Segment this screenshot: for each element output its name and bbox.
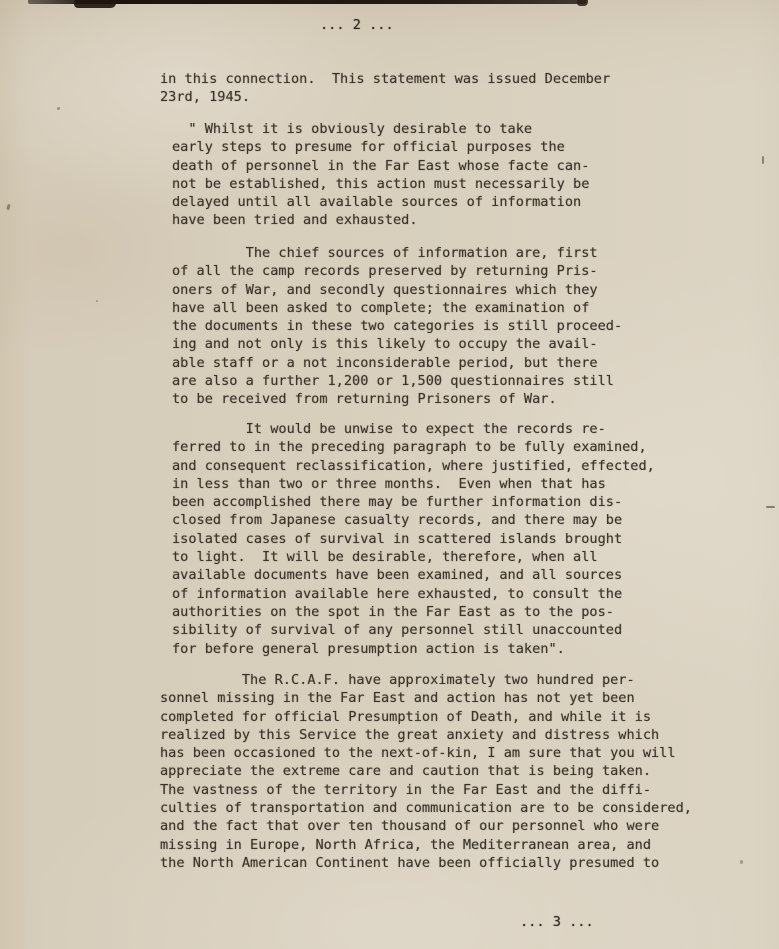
paper-speck: [762, 156, 764, 164]
scan-artifact-nub: [577, 0, 588, 6]
scan-artifact-blob: [74, 0, 116, 8]
paragraph-intro: in this connection. This statement was i…: [160, 70, 610, 107]
paragraph-quote-3: It would be unwise to expect the records…: [172, 420, 655, 658]
paper-speck: [96, 300, 98, 302]
paper-speck: [766, 506, 775, 508]
paragraph-quote-2: The chief sources of information are, fi…: [172, 244, 622, 409]
document-page: ... 2 ... in this connection. This state…: [0, 0, 779, 949]
paper-speck: [57, 107, 60, 110]
page-number-header: ... 2 ...: [320, 16, 394, 34]
page-number-footer: ... 3 ...: [520, 913, 594, 931]
paragraph-closing: The R.C.A.F. have approximately two hund…: [160, 671, 692, 872]
paper-speck: [6, 204, 10, 211]
paragraph-quote-1: " Whilst it is obviously desirable to ta…: [172, 120, 589, 230]
paper-speck: [740, 860, 743, 864]
